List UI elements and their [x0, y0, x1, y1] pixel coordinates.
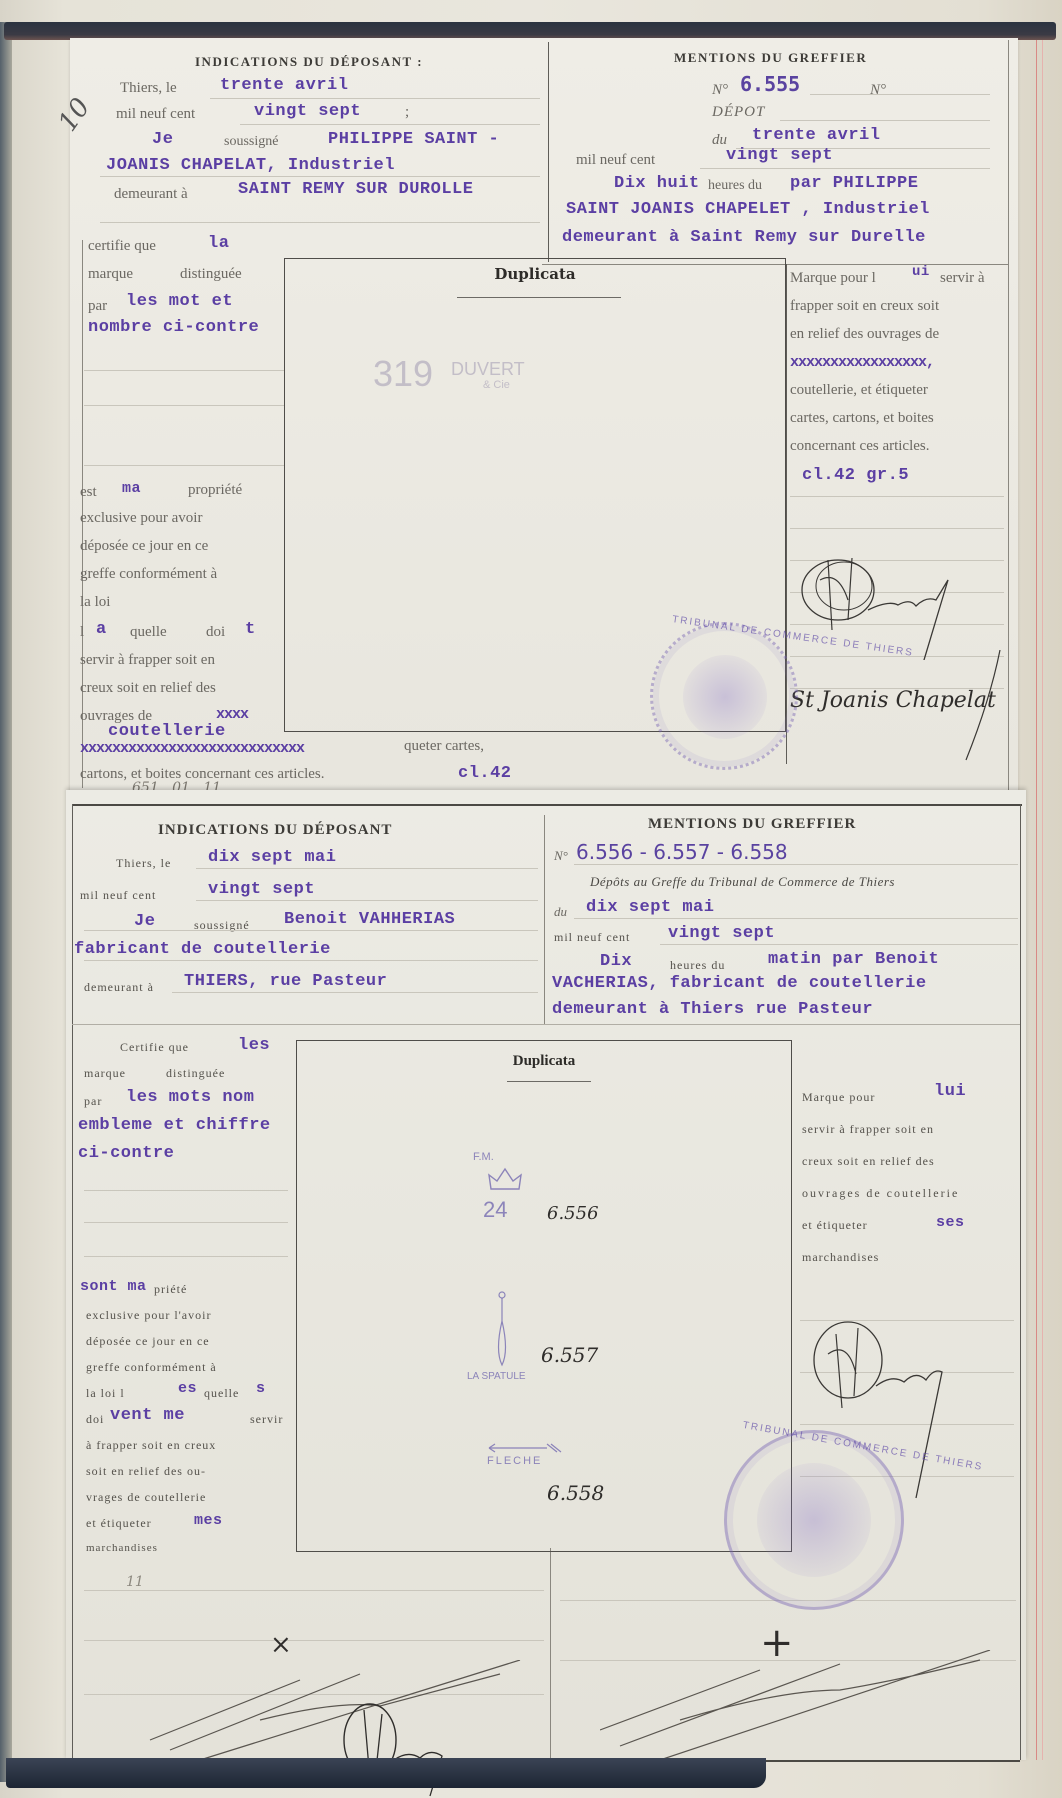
rule: [240, 124, 540, 125]
servir-a: servir à: [940, 270, 985, 287]
marchandises-label: marchandises: [86, 1542, 158, 1554]
servir-line: servir à frapper soit en: [80, 652, 215, 669]
rule: [84, 1222, 288, 1223]
year-suffix: ;: [405, 104, 409, 121]
year-label: mil neuf cent: [116, 106, 195, 123]
par-line1: matin par Benoit: [768, 950, 939, 969]
par-label: par: [84, 1094, 102, 1109]
greffier-year-label: mil neuf cent: [576, 152, 655, 169]
column-divider: [548, 42, 549, 262]
certifie-value: la: [208, 234, 229, 253]
deposit-year: vingt sept: [254, 102, 361, 121]
red-margin-line-2: [1042, 40, 1043, 1760]
faded-stamp-number: 319: [373, 353, 433, 395]
loi-label: la loi l: [86, 1386, 125, 1401]
rule: [574, 918, 1018, 919]
spatula-icon: [487, 1291, 517, 1371]
no2-label: N°: [870, 82, 886, 99]
greffier-year: vingt sept: [668, 924, 775, 943]
rule: [84, 370, 284, 371]
ouvrages-strike: xxxx: [216, 706, 248, 723]
marque-typed: lui: [934, 1082, 966, 1101]
demeurant-label: demeurant à: [84, 980, 154, 995]
red-margin-line: [1036, 40, 1037, 1760]
certifie-label: Certifie que: [120, 1040, 189, 1055]
deposant-profession: fabricant de coutellerie: [74, 940, 331, 959]
heures-typed: Dix huit: [614, 174, 700, 193]
rule: [574, 864, 1018, 865]
rule: [790, 528, 1004, 529]
seal-emblem: [757, 1463, 871, 1577]
par-line1: par PHILIPPE: [790, 174, 918, 193]
bottom-frame-left: [72, 804, 73, 1762]
sont-typed: sont ma: [80, 1278, 147, 1295]
cross-mark-left: ×: [270, 1630, 292, 1660]
pencil-note: 11: [126, 1574, 144, 1590]
book-cover-bottom: [6, 1758, 766, 1788]
etiqueter-label: et étiqueter: [86, 1516, 152, 1531]
demeurant-label: demeurant à: [114, 186, 188, 203]
depots-line: Dépôts au Greffe du Tribunal de Commerce…: [590, 874, 895, 890]
par-value-line3: ci-contre: [78, 1144, 174, 1163]
distinguee-label: distinguée: [166, 1066, 225, 1081]
thiers-le-label: Thiers, le: [116, 856, 171, 871]
certifie-label: certifie que: [88, 238, 156, 255]
du-label: du: [712, 132, 727, 149]
bottom-left-header: INDICATIONS DU DÉPOSANT: [158, 822, 392, 839]
rule: [84, 465, 284, 466]
divider: [72, 1024, 1020, 1025]
etiqueter-label: et étiqueter: [802, 1218, 868, 1233]
soussigne-label: soussigné: [224, 134, 278, 150]
no-label: N°: [554, 848, 568, 864]
body-line: greffe conformément à: [86, 1360, 217, 1375]
rule: [700, 168, 990, 169]
bottom-column-divider: [544, 815, 545, 1025]
top-left-header: INDICATIONS DU DÉPOSANT :: [195, 54, 423, 70]
doit-label: doi: [206, 624, 225, 641]
mark-number: 6.556: [547, 1203, 599, 1224]
body-line: exclusive pour l'avoir: [86, 1308, 211, 1323]
marque-line: servir à frapper soit en: [802, 1122, 934, 1137]
etiqueter-tail: queter cartes,: [404, 738, 484, 755]
duplicata-title: Duplicata: [285, 265, 785, 283]
seal-emblem: [683, 655, 767, 739]
mark-number: 6.558: [547, 1481, 604, 1505]
rule: [84, 930, 538, 931]
registration-number: 6.555: [740, 72, 800, 96]
rule: [84, 405, 284, 406]
rule: [210, 98, 540, 99]
rule: [84, 960, 538, 961]
par-line3: demeurant à Saint Remy sur Durelle: [562, 228, 926, 247]
servir-line: creux soit en relief des: [80, 680, 216, 697]
est-value: ma: [122, 480, 141, 497]
rule: [790, 496, 1004, 497]
par-line3: demeurant à Thiers rue Pasteur: [552, 1000, 873, 1019]
duplicata-underline: [507, 1081, 591, 1082]
certifie-value: les: [238, 1036, 270, 1055]
tail-line: soit en relief des ou-: [86, 1464, 206, 1479]
quelle-label: quelle: [204, 1386, 239, 1401]
court-seal-bottom: TRIBUNAL DE COMMERCE DE THIERS: [724, 1430, 904, 1610]
bottom-duplicata-box: Duplicata F.M. 24 6.556 LA SPATULE 6.557…: [296, 1040, 792, 1552]
greffier-date: dix sept mai: [586, 898, 714, 917]
stamp-label: LA SPATULE: [467, 1371, 526, 1382]
rule: [84, 1256, 288, 1257]
deposit-date: dix sept mai: [208, 848, 336, 867]
laquelle-prefix: l: [80, 624, 84, 641]
stamp-label: FLECHE: [487, 1455, 542, 1467]
propriete-tail: priété: [154, 1282, 187, 1297]
body-line: la loi: [80, 594, 110, 611]
par-value-line1: les mots nom: [126, 1088, 254, 1107]
rule: [660, 944, 1018, 945]
doi-label: doi: [86, 1412, 104, 1427]
bottom-right-header: MENTIONS DU GREFFIER: [648, 816, 856, 833]
faded-stamp-sub: & Cie: [483, 379, 510, 391]
etiqueter-typed: mes: [194, 1512, 223, 1529]
par-label: par: [88, 298, 107, 315]
quelle-label: quelle: [130, 624, 167, 641]
registration-numbers: 6.556 - 6.557 - 6.558: [576, 840, 788, 864]
deposant-name: Benoit VAHHERIAS: [284, 910, 455, 929]
marque-line: en relief des ouvrages de: [790, 326, 939, 343]
court-seal-top: TRIBUNAL DE COMMERCE DE THIERS: [650, 622, 798, 770]
stamp-sub: 24: [483, 1197, 507, 1223]
quelle-typed: s: [256, 1380, 266, 1397]
heures-typed: Dix: [600, 952, 632, 971]
classe-value: cl.42: [458, 764, 512, 783]
heures-label: heures du: [708, 178, 762, 194]
depot-label: DÉPOT: [712, 104, 765, 121]
book-binding-edge: [0, 22, 12, 1782]
deposit-date: trente avril: [220, 76, 348, 95]
deposant-address: SAINT REMY SUR DUROLLE: [238, 180, 473, 199]
par-line2: VACHERIAS, fabricant de coutellerie: [552, 974, 927, 993]
je-typed: Je: [152, 130, 173, 149]
laquelle-typed: a: [96, 620, 107, 639]
tail-line: vrages de coutellerie: [86, 1490, 206, 1505]
propriete-label: propriété: [188, 482, 242, 499]
stamp-label: F.M.: [473, 1151, 494, 1163]
du-label: du: [554, 904, 567, 920]
mark-number: 6.557: [541, 1343, 598, 1367]
rule: [196, 868, 538, 869]
tail-line: concernant ces articles.: [790, 438, 930, 455]
greffier-year-label: mil neuf cent: [554, 930, 630, 945]
duplicata-underline: [457, 297, 621, 298]
loi-typed: es: [178, 1380, 197, 1397]
marque-line: creux soit en relief des: [802, 1154, 935, 1169]
greffier-strike-line: xxxxxxxxxxxxxxxxx,: [790, 354, 934, 371]
marque-line: Marque pour l: [790, 270, 876, 287]
heures-label: heures du: [670, 958, 725, 973]
marque-label: marque: [88, 266, 133, 283]
top-right-header: MENTIONS DU GREFFIER: [674, 50, 867, 66]
par-value-line2: nombre ci-contre: [88, 318, 259, 337]
rule: [196, 900, 538, 901]
rule: [810, 94, 990, 95]
bottom-frame-top: [72, 804, 1022, 806]
deposant-name-line2: JOANIS CHAPELAT, Industriel: [106, 156, 395, 175]
greffier-classe: cl.42 gr.5: [802, 466, 909, 485]
arrow-icon: [487, 1441, 567, 1455]
ouvrages-typed: coutellerie: [108, 722, 226, 741]
deposant-name-line1: PHILIPPE SAINT -: [328, 130, 499, 149]
deposit-year: vingt sept: [208, 880, 315, 899]
tail-line: à frapper soit en creux: [86, 1438, 216, 1453]
mark-entry: FLECHE 6.558: [487, 1441, 687, 1531]
thiers-le-label: Thiers, le: [120, 80, 177, 97]
greffier-date: trente avril: [752, 126, 880, 145]
rule: [172, 992, 538, 993]
doivent-typed: vent me: [110, 1406, 185, 1425]
mark-entry: LA SPATULE 6.557: [467, 1291, 667, 1391]
marchandises-label: marchandises: [802, 1250, 879, 1265]
rule: [100, 222, 540, 223]
signature-stroke: [960, 650, 1010, 770]
par-line2: SAINT JOANIS CHAPELET , Industriel: [566, 200, 930, 219]
deposant-address: THIERS, rue Pasteur: [184, 972, 387, 991]
doit-typed: t: [245, 620, 256, 639]
rule: [100, 176, 540, 177]
etiqueter-typed: ses: [936, 1214, 965, 1231]
year-label: mil neuf cent: [80, 888, 156, 903]
distinguee-label: distinguée: [180, 266, 242, 283]
bottom-column-divider-lower: [550, 1548, 551, 1760]
body-line: déposée ce jour en ce: [86, 1334, 210, 1349]
servir-label: servir: [250, 1412, 283, 1427]
marque-typed-ui: ui: [912, 264, 930, 280]
bottom-frame-right: [1020, 804, 1021, 1760]
deposant-signature-right: [600, 1650, 1000, 1760]
marque-line: ouvrages de coutellerie: [802, 1186, 959, 1201]
crown-icon: [487, 1165, 523, 1195]
body-line: déposée ce jour en ce: [80, 538, 208, 555]
faded-stamp-text: DUVERT: [451, 359, 525, 380]
strike-line: xxxxxxxxxxxxxxxxxxxxxxxxxxxx: [80, 740, 304, 757]
body-line: exclusive pour avoir: [80, 510, 202, 527]
duplicata-title: Duplicata: [297, 1053, 791, 1070]
tail-line: coutellerie, et étiqueter: [790, 382, 928, 399]
body-line: greffe conformément à: [80, 566, 217, 583]
rule: [84, 1640, 544, 1641]
rule: [780, 120, 990, 121]
par-value-line1: les mot et: [126, 292, 233, 311]
par-value-line2: embleme et chiffre: [78, 1116, 271, 1135]
rule: [84, 1190, 288, 1191]
marque-label: marque: [84, 1066, 126, 1081]
marque-line: frapper soit en creux soit: [790, 298, 939, 315]
greffier-year: vingt sept: [726, 146, 833, 165]
mark-entry: F.M. 24 6.556: [467, 1151, 647, 1251]
est-label: est: [80, 484, 97, 501]
rule: [84, 1590, 544, 1591]
tail-line: cartes, cartons, et boites: [790, 410, 934, 427]
je-typed: Je: [134, 912, 155, 931]
no-label: N°: [712, 82, 728, 99]
marque-label: Marque pour: [802, 1090, 875, 1105]
